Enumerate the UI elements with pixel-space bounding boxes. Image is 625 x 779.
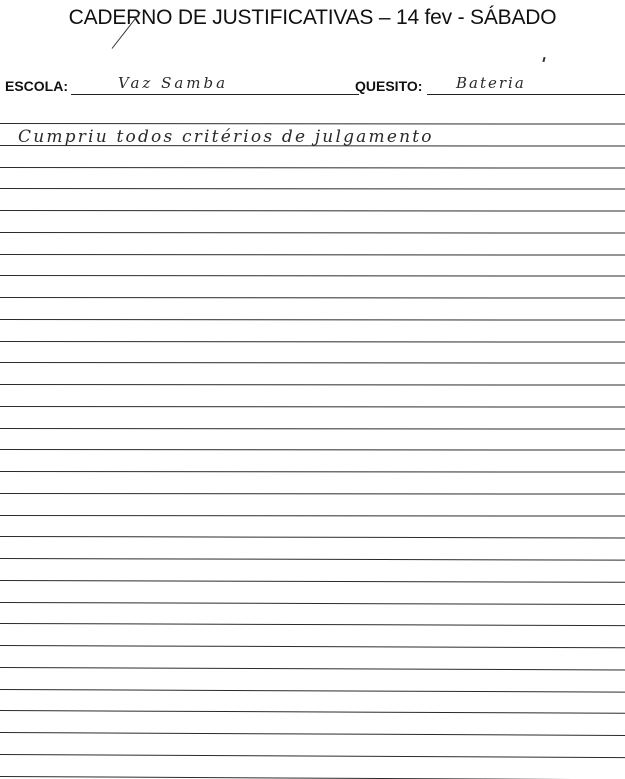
quesito-field[interactable]: Bateria bbox=[456, 74, 526, 92]
ruled-line bbox=[0, 406, 625, 408]
ruled-line bbox=[0, 710, 625, 714]
ruled-line bbox=[0, 558, 625, 561]
ruled-line bbox=[0, 580, 625, 583]
ruled-line bbox=[0, 449, 625, 451]
ruled-line bbox=[0, 210, 625, 212]
escola-field[interactable]: Vaz Samba bbox=[118, 74, 228, 92]
ruled-line bbox=[0, 732, 625, 736]
ruled-line bbox=[0, 428, 625, 430]
ruled-line bbox=[0, 536, 625, 538]
ruled-line bbox=[0, 254, 625, 256]
ruled-line bbox=[0, 471, 625, 473]
ruled-line bbox=[0, 754, 625, 758]
escola-underline bbox=[71, 94, 351, 95]
quesito-leading-underline bbox=[351, 94, 359, 95]
quesito-label: QUESITO: bbox=[355, 78, 422, 94]
ruled-line bbox=[0, 776, 625, 779]
header-fields: ESCOLA: Vaz Samba QUESITO: Bateria bbox=[0, 70, 625, 98]
ruled-line bbox=[0, 188, 625, 190]
ruled-line bbox=[0, 384, 625, 386]
ruled-line bbox=[0, 167, 625, 169]
escola-label: ESCOLA: bbox=[5, 78, 68, 94]
ruled-line bbox=[0, 602, 625, 605]
ruled-line bbox=[0, 362, 625, 364]
page-title: CADERNO DE JUSTIFICATIVAS – 14 fev - SÁB… bbox=[0, 6, 625, 30]
quesito-underline bbox=[427, 94, 625, 95]
ruled-line bbox=[0, 275, 625, 277]
ruled-line bbox=[0, 493, 625, 495]
ruled-line bbox=[0, 319, 625, 321]
pen-accent-mark bbox=[542, 57, 545, 62]
ruled-line bbox=[0, 515, 625, 517]
ruled-line bbox=[0, 667, 625, 670]
ruled-line bbox=[0, 623, 625, 626]
ruled-line bbox=[0, 645, 625, 648]
ruled-line bbox=[0, 232, 625, 234]
ruled-line bbox=[0, 123, 625, 125]
ruled-line bbox=[0, 341, 625, 343]
justification-text-line[interactable]: Cumpriu todos critérios de julgamento bbox=[18, 127, 434, 147]
ruled-line bbox=[0, 689, 625, 693]
ruled-line bbox=[0, 297, 625, 299]
